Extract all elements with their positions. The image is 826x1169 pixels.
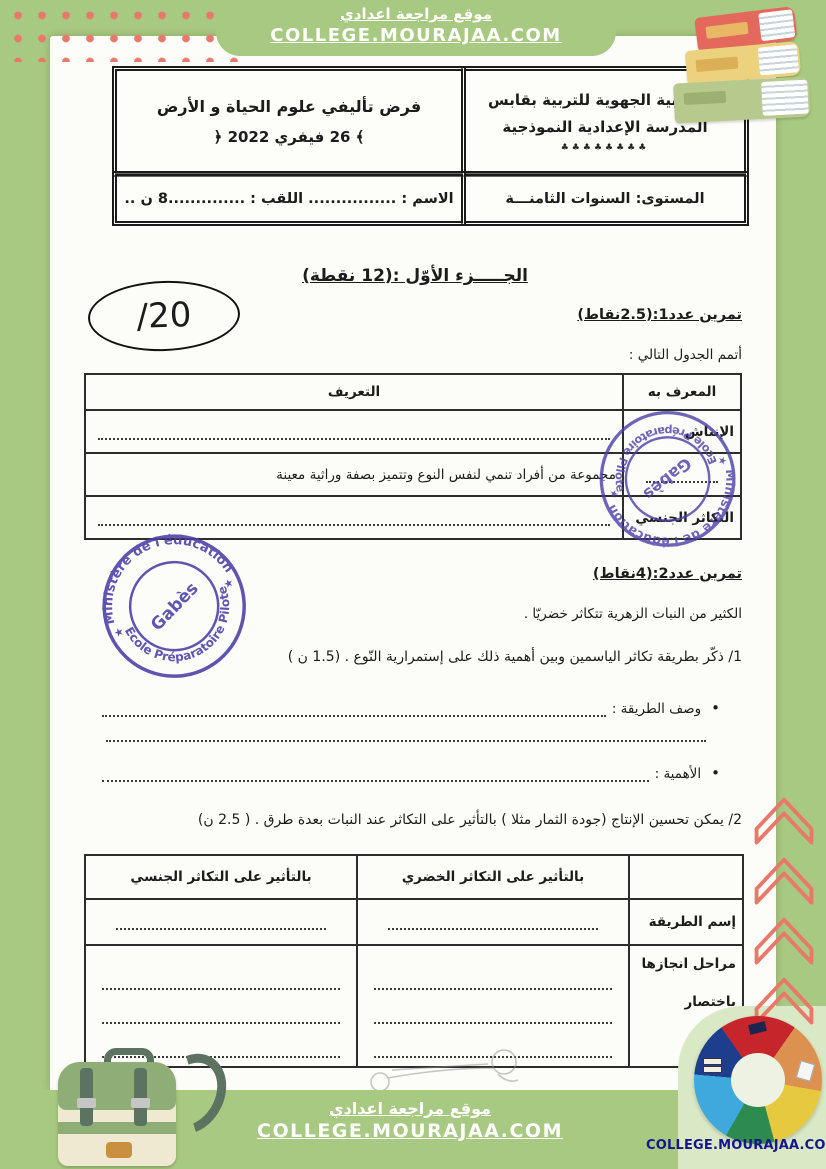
footer-title: موقع مراجعة اعدادي: [150, 1099, 670, 1118]
footer-site-link[interactable]: COLLEGE.MOURAJAA.COM: [150, 1120, 670, 1142]
svg-text:★: ★: [716, 453, 728, 467]
answer-dotted-line: [106, 726, 706, 742]
svg-text:Gabès: Gabès: [640, 454, 696, 504]
table-row: المعرف به التعريف: [85, 374, 741, 410]
dot-pattern-decoration: [0, 0, 252, 62]
exercise1-intro: أتمم الجدول التالي :: [440, 347, 742, 363]
logo-caption-link[interactable]: COLLEGE.MOURAJAA.COM: [646, 1138, 826, 1153]
bullet-method-label: وصف الطريقة :: [612, 701, 701, 717]
answer-blank: [85, 899, 357, 945]
graduation-cap-icon: [748, 1021, 767, 1035]
corner-cell: [629, 855, 743, 899]
faint-sketch: [348, 1040, 548, 1094]
banner-site-link[interactable]: COLLEGE.MOURAJAA.COM: [216, 25, 616, 46]
bullet-method: • وصف الطريقة :: [102, 699, 720, 717]
footer-banner: موقع مراجعة اعدادي COLLEGE.MOURAJAA.COM: [150, 1094, 670, 1142]
book-icon: [703, 1058, 722, 1065]
bullet-icon: •: [711, 764, 720, 782]
answer-dotted-line: [102, 701, 606, 717]
answer-dotted-line: [102, 766, 649, 782]
books-stack-illustration: [672, 4, 824, 122]
bullet-icon: •: [711, 699, 720, 717]
question2: 2/ يمكن تحسين الإنتاج (جودة الثمار مثلا …: [120, 812, 742, 828]
col-sexual-header: بالتأثير على التكاثر الجنسي: [85, 855, 357, 899]
answer-blank: [357, 899, 629, 945]
exam-date: ﴾ 26 فيفري 2022 ﴿: [214, 128, 365, 146]
book-icon: [703, 1066, 722, 1073]
table-row: بالتأثير على التكاثر الخضري بالتأثير على…: [85, 855, 743, 899]
exercise2-intro: الكثير من النبات الزهرية تتكاثر خضريّا .: [340, 606, 742, 622]
subjects-donut-logo: [694, 1016, 822, 1144]
bullet-importance: • الأهمية :: [102, 764, 720, 782]
bullet-importance-label: الأهمية :: [655, 766, 702, 782]
svg-text:★: ★: [112, 624, 126, 640]
col-vegetative-header: بالتأثير على التكاثر الخضري: [357, 855, 629, 899]
exam-title-box: فرض تأليفي علوم الحياة و الأرض ﴾ 26 فيفر…: [112, 66, 466, 177]
exercise2-title: تمرين عدد2:(4نقاط): [440, 566, 742, 582]
name-box: الاسم : ................ اللقب : .......…: [112, 171, 466, 226]
backpack-illustration: [46, 1046, 221, 1169]
level-line: المستوى: السنوات الثامنـــة: [505, 191, 704, 207]
notepad-icon: [796, 1060, 815, 1081]
top-banner: موقع مراجعة اعدادي COLLEGE.MOURAJAA.COM: [216, 0, 616, 56]
banner-title: موقع مراجعة اعدادي: [216, 5, 616, 23]
methods-comparison-table: بالتأثير على التكاثر الخضري بالتأثير على…: [84, 854, 744, 1068]
exercise1-title: تمرين عدد1:(2.5نقاط): [440, 307, 742, 323]
definition-cell: مجموعة من أفراد تنمي لنفس النوع وتتميز ب…: [85, 453, 623, 496]
student-name-line: الاسم : ................ اللقب : .......…: [124, 191, 453, 207]
svg-text:Gabès: Gabès: [147, 579, 203, 636]
col-def-header: التعريف: [85, 374, 623, 410]
chevron-decoration: [742, 786, 826, 1026]
definition-blank: [85, 410, 623, 453]
ornament-flourish: ♣♣♣♣♣♣♣♣: [561, 143, 650, 153]
book-green: [673, 76, 811, 123]
exam-title: فرض تأليفي علوم الحياة و الأرض: [157, 97, 421, 116]
level-box: المستوى: السنوات الثامنـــة: [461, 171, 749, 226]
part1-heading: الجـــــزء الأوّل :(12 نقطة): [238, 266, 592, 286]
table-row: إسم الطريقة: [85, 899, 743, 945]
page: موقع مراجعة اعدادي COLLEGE.MOURAJAA.COM …: [0, 0, 826, 1169]
row-label-method-name: إسم الطريقة: [629, 899, 743, 945]
